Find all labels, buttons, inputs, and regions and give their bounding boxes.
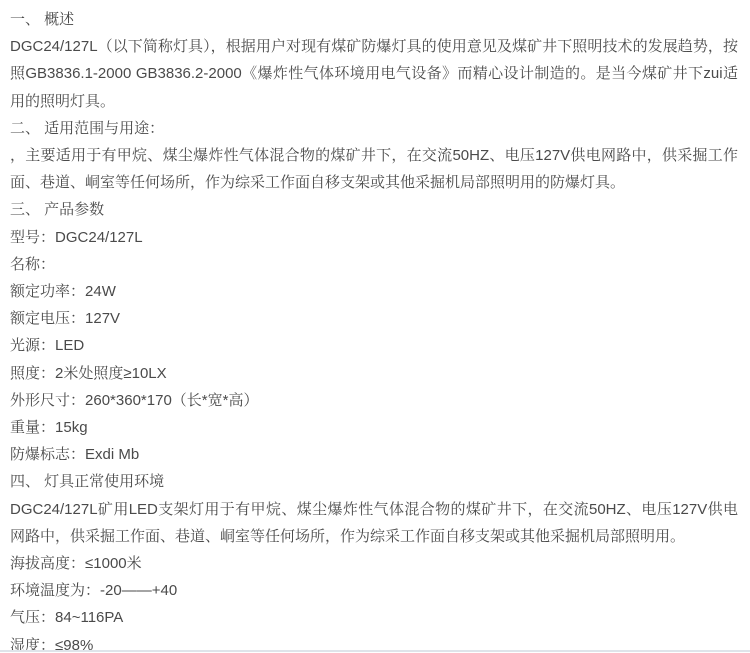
param-value: 24W <box>85 283 116 300</box>
param-row-ambient-temperature: 环境温度为：-20——+40 <box>10 577 738 604</box>
param-value: Exdi Mb <box>85 446 139 463</box>
environment-paragraph: DGC24/127L矿用LED支架灯用于有甲烷、煤尘爆炸性气体混合物的煤矿井下，… <box>10 496 738 550</box>
param-value: LED <box>55 337 84 354</box>
param-row-weight: 重量：15kg <box>10 414 738 441</box>
param-separator: ： <box>70 555 85 572</box>
param-label: 额定电压 <box>10 310 70 327</box>
param-value: 15kg <box>55 419 88 436</box>
section-3-heading: 三、 产品参数 <box>10 196 738 223</box>
param-value: DGC24/127L <box>55 229 143 246</box>
section-4-heading: 四、 灯具正常使用环境 <box>10 468 738 495</box>
param-row-name: 名称： <box>10 251 738 278</box>
param-row-rated-power: 额定功率：24W <box>10 278 738 305</box>
param-label: 海拔高度 <box>10 555 70 572</box>
param-separator: ： <box>70 283 85 300</box>
section-1-heading: 一、 概述 <box>10 6 738 33</box>
param-label: 名称 <box>10 256 40 273</box>
param-row-model: 型号：DGC24/127L <box>10 224 738 251</box>
param-row-dimensions: 外形尺寸：260*360*170（长*宽*高） <box>10 387 738 414</box>
param-value: -20——+40 <box>100 582 177 599</box>
param-row-altitude: 海拔高度：≤1000米 <box>10 550 738 577</box>
param-value: 84~116PA <box>55 609 123 626</box>
param-label: 防爆标志 <box>10 446 70 463</box>
param-label: 环境温度为 <box>10 582 85 599</box>
param-value: 2米处照度≥10LX <box>55 365 167 382</box>
overview-paragraph: DGC24/127L（以下简称灯具），根据用户对现有煤矿防爆灯具的使用意见及煤矿… <box>10 33 738 115</box>
application-paragraph: ，主要适用于有甲烷、煤尘爆炸性气体混合物的煤矿井下，在交流50HZ、电压127V… <box>10 142 738 196</box>
param-row-air-pressure: 气压：84~116PA <box>10 604 738 631</box>
param-row-ex-mark: 防爆标志：Exdi Mb <box>10 441 738 468</box>
document-page: 一、 概述 DGC24/127L（以下简称灯具），根据用户对现有煤矿防爆灯具的使… <box>0 0 750 653</box>
param-row-illuminance: 照度：2米处照度≥10LX <box>10 360 738 387</box>
param-row-rated-voltage: 额定电压：127V <box>10 305 738 332</box>
section-2-heading: 二、 适用范围与用途： <box>10 115 738 142</box>
param-label: 外形尺寸 <box>10 392 70 409</box>
param-value: 260*360*170（长*宽*高） <box>85 392 258 409</box>
param-label: 气压 <box>10 609 40 626</box>
param-separator: ： <box>40 337 55 354</box>
param-separator: ： <box>40 609 55 626</box>
param-label: 光源 <box>10 337 40 354</box>
param-separator: ： <box>70 446 85 463</box>
param-label: 型号 <box>10 229 40 246</box>
param-label: 照度 <box>10 365 40 382</box>
param-row-light-source: 光源：LED <box>10 332 738 359</box>
param-separator: ： <box>40 256 55 273</box>
param-separator: ： <box>40 365 55 382</box>
param-separator: ： <box>85 582 100 599</box>
param-value: ≤1000米 <box>85 555 142 572</box>
bottom-divider <box>0 650 750 652</box>
param-separator: ： <box>70 392 85 409</box>
param-label: 额定功率 <box>10 283 70 300</box>
param-separator: ： <box>40 229 55 246</box>
param-separator: ： <box>70 310 85 327</box>
param-label: 重量 <box>10 419 40 436</box>
param-value: 127V <box>85 310 120 327</box>
param-separator: ： <box>40 419 55 436</box>
